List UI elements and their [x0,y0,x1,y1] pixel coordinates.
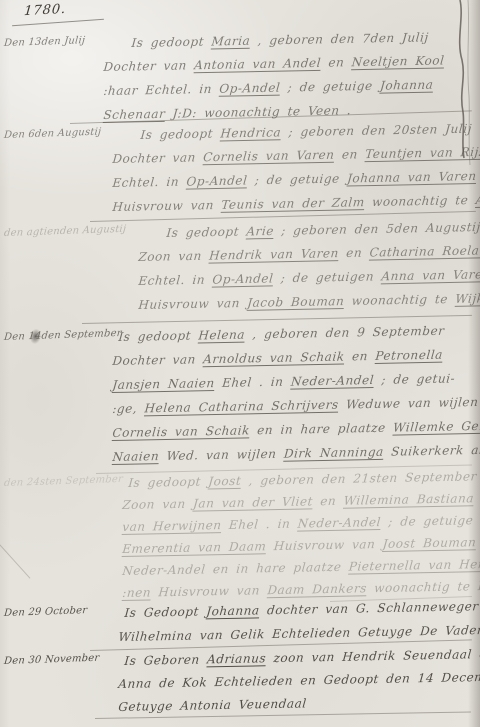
entry-date: Den 14den September [4,328,115,343]
scanned-register-page: 1780. Den 13den JulijIs gedoopt Maria , … [0,0,480,727]
underlined-name: Catharina Roeland [369,243,480,259]
underlined-name: Neder-Andel [297,515,381,531]
underlined-name: Arie [246,224,275,239]
register-entry: den agtienden AugustijIs gedoopt Arie ; … [0,226,480,322]
text-segment: :ge, [112,401,145,416]
text-segment: Ehel . in [214,375,291,390]
entry-date: Den 13den Julij [4,34,115,49]
text-segment: :haar Echtel. in [103,82,220,98]
underlined-name: :nen [122,585,152,600]
text-segment: Echtel. in [112,175,187,190]
text-segment: , geboren den 9 September [245,324,446,342]
underlined-name: Aalst [475,192,480,207]
text-segment: ; de getui- [374,371,456,387]
text-segment: woonachtig te [344,292,456,308]
underlined-name: Cornelis van Varen [203,148,335,165]
underlined-name: Johanna [206,603,261,618]
register-entry: Den 6den AugustijIs gedoopt Hendrica ; g… [0,128,480,224]
underlined-name: Neder-Andel [290,373,374,389]
text-segment: Echtel. in [138,273,213,288]
underlined-name: Op-Andel [212,271,274,286]
text-segment: Zoon van [122,497,194,512]
text-segment: Is Geboren [124,652,208,668]
text-segment: woonachtig te [364,193,476,209]
text-segment: Dochter van [112,150,204,166]
underlined-name: Jan van der Vliet [192,494,313,510]
entry-body: Is gedoopt Maria , geboren den 7den Juli… [103,36,480,132]
entry-date: Den 30 November [4,652,115,667]
entry-date: Den 29 October [4,604,115,619]
entries-container: Den 13den JulijIs gedoopt Maria , gebore… [0,0,480,727]
text-segment: Zoon van [138,249,210,264]
register-entry: den 24sten SeptemberIs gedoopt Joost , g… [0,476,480,608]
underlined-name: Joost [208,474,242,489]
underlined-name: Johanna van Varen [347,169,478,186]
text-segment: Is gedoopt [140,126,221,142]
entry-date: Den 6den Augustij [4,126,115,141]
text-segment: ; de getuige [247,171,348,187]
underlined-name: Op-Andel [219,81,281,96]
text-segment: en [320,55,352,70]
underlined-name: Daam Dankers [267,581,368,597]
text-segment: Is gedoopt [128,474,209,490]
text-segment: Ehel . in [221,517,298,532]
text-segment: Huisvrouw van [266,537,383,553]
text-segment: en [344,349,376,364]
underlined-name: Pieternella van Herwij- [348,557,480,574]
underlined-name: Jansjen Naaien [112,376,216,392]
text-segment: ; de getuigen [273,269,382,285]
text-segment: ; geboren den 5den Augustij [273,220,480,238]
text-segment: Weduwe van wijlen [338,395,479,412]
text-segment: Getuyge Antonia Veuendaal [118,696,308,714]
underlined-name: Neeltjen Kool [351,53,445,69]
underlined-name: Jacob Bouman [247,294,345,310]
text-segment: en in hare plaatze [249,421,393,438]
underlined-name: Johanna [379,78,434,93]
text-segment: Is Gedoopt [124,604,207,620]
entry-date: den 24sten September [4,474,115,489]
underlined-name: Willemina Bastiana [343,491,475,508]
text-segment: Wed. van wijlen [159,447,285,463]
underlined-name: Helena Catharina Schrijvers [144,398,339,416]
underlined-name: Dirk Nanninga [283,445,384,461]
text-segment: Neder-Andel en in hare plaatze [122,560,350,578]
text-segment: en [338,246,370,261]
underlined-name: Arnoldus van Schaik [203,350,346,367]
underlined-name: Adrianus [207,651,267,666]
text-segment: Huisvrouw van [151,583,268,599]
underlined-name: Anna van Varen [381,267,480,283]
text-segment: Is gedoopt [131,34,212,50]
underlined-name: Wijk [455,291,480,306]
underlined-name: Helena [198,328,246,343]
text-segment: en [334,147,366,162]
underlined-name: van Herwijnen [122,518,223,534]
text-segment: woonachtig te Bab.broek [366,578,480,595]
text-segment: Huisvrouw van [138,296,248,312]
register-entry: Den 14den SeptemberIs gedoopt Helena , g… [0,330,480,474]
underlined-name: Cornelis van Schaik [112,423,251,440]
text-segment: ; de getuige [380,513,474,529]
entry-body: Is gedoopt Joost , geboren den 21sten Se… [122,476,480,608]
underlined-name: Hendrica [220,125,282,140]
underlined-name: Willemke Gerritje [393,418,480,434]
underlined-name: Joost Bouman [382,535,477,551]
underlined-name: Maria [211,34,251,49]
text-segment: en [312,494,344,509]
entry-body: Is gedoopt Helena , geboren den 9 Septem… [112,330,480,474]
text-segment: Dochter van [112,352,204,368]
text-segment: Dochter van [103,58,195,74]
entry-body: Is gedoopt Hendrica ; geboren den 20sten… [112,128,480,224]
text-segment: Is gedoopt [166,224,247,240]
entry-date: den agtienden Augustij [4,224,115,239]
underlined-name: Petronella [375,348,444,363]
text-segment: Is gedoopt [118,328,199,344]
text-segment: , geboren den 7den Julij [250,30,430,47]
underlined-name: Hendrik van Varen [209,246,340,263]
underlined-name: Teunis van der Zalm [221,195,366,212]
underlined-name: Op-Andel [186,173,248,188]
text-segment: ; de getuige [280,79,381,95]
underlined-name: Naaien [112,449,160,464]
entry-body: Is gedoopt Arie ; geboren den 5den Augus… [138,226,480,322]
text-segment: wonende in [476,534,480,550]
text-segment: Huisvrouw van [112,198,222,214]
page-crease-mark [442,0,474,170]
underlined-name: Antonia van Andel [194,56,322,72]
underlined-name: Emerentia van Daam [122,539,267,556]
